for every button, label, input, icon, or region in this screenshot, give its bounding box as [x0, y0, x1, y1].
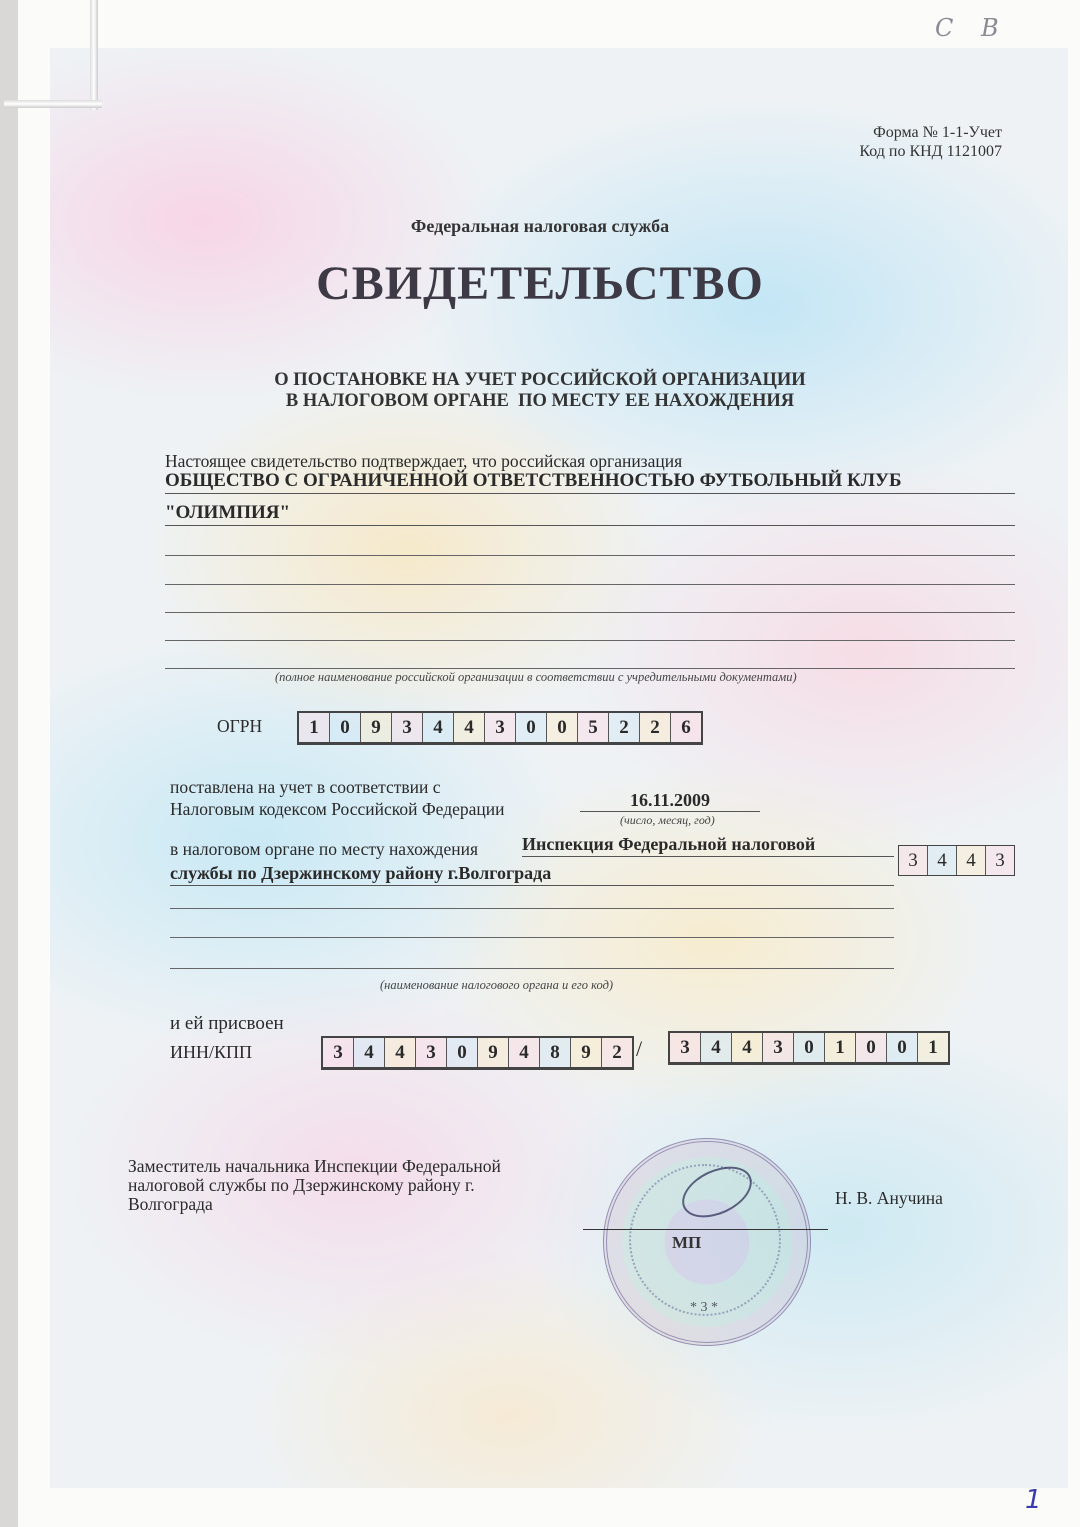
ogrn-digit: 1: [299, 713, 330, 742]
signatory-name: Н. В. Анучина: [835, 1188, 943, 1209]
blank-line: [170, 908, 894, 909]
blank-line: [170, 937, 894, 938]
inn-digit: 4: [385, 1038, 416, 1067]
inn-digit: 0: [447, 1038, 478, 1067]
ogrn-digit: 0: [330, 713, 361, 742]
tax-authority-code: 3443: [898, 845, 1015, 876]
date-caption: (число, месяц, год): [620, 813, 715, 828]
handwritten-initials: С В: [935, 14, 1009, 42]
kpp-digit: 1: [918, 1033, 948, 1062]
position-line-3: Волгограда: [128, 1195, 501, 1214]
ogrn-digit: 4: [423, 713, 454, 742]
blank-line: [165, 612, 1015, 613]
stamp-number: * 3 *: [690, 1300, 718, 1316]
ogrn-digit: 3: [392, 713, 423, 742]
kpp-digit: 3: [670, 1033, 701, 1062]
registration-date: 16.11.2009: [580, 789, 760, 812]
form-number: Форма № 1-1-Учет: [859, 123, 1002, 142]
tax-authority-name-line-1: Инспекция Федеральной налоговой: [522, 832, 894, 857]
blank-line: [165, 668, 1015, 669]
ogrn-digit: 5: [578, 713, 609, 742]
kpp-digit: 0: [856, 1033, 887, 1062]
kpp-digit: 3: [763, 1033, 794, 1062]
blank-line: [165, 584, 1015, 585]
kpp-digit: 4: [701, 1033, 732, 1062]
ogrn-digit: 3: [485, 713, 516, 742]
ogrn-label: ОГРН: [217, 716, 262, 737]
tax-authority-label: в налоговом органе по месту нахождения: [170, 839, 478, 860]
document-subtitle: О ПОСТАНОВКЕ НА УЧЕТ РОССИЙСКОЙ ОРГАНИЗА…: [0, 370, 1080, 412]
inn-digit: 4: [509, 1038, 540, 1067]
inn-digit: 9: [478, 1038, 509, 1067]
binding-cord-horizontal: [4, 100, 102, 108]
tax-authority-name-line-2: службы по Дзержинскому району г.Волгогра…: [170, 861, 894, 886]
kpp-digit: 0: [887, 1033, 918, 1062]
ogrn-digit: 2: [609, 713, 640, 742]
tax-code-digit: 4: [928, 846, 957, 875]
ogrn-digit: 0: [547, 713, 578, 742]
subtitle-line-1: О ПОСТАНОВКЕ НА УЧЕТ РОССИЙСКОЙ ОРГАНИЗА…: [0, 370, 1080, 391]
kpp-digit: 1: [825, 1033, 856, 1062]
tax-authority-caption: (наименование налогового органа и его ко…: [380, 978, 613, 993]
organization-caption: (полное наименование российской организа…: [275, 670, 797, 685]
kpp-digit: 0: [794, 1033, 825, 1062]
agency-name: Федеральная налоговая служба: [0, 216, 1080, 237]
kpp-digit: 4: [732, 1033, 763, 1062]
inn-digit: 3: [323, 1038, 354, 1067]
position-line-2: налоговой службы по Дзержинскому району …: [128, 1176, 501, 1195]
blank-line: [165, 555, 1015, 556]
ogrn-digit: 6: [671, 713, 701, 742]
signature-line: [583, 1229, 828, 1230]
ogrn-digit: 4: [454, 713, 485, 742]
ogrn-digits: 1093443005226: [297, 711, 703, 745]
ogrn-digit: 0: [516, 713, 547, 742]
registration-line-2: Налоговым кодексом Российской Федерации: [170, 799, 505, 820]
registration-line-1: поставлена на учет в соответствии с: [170, 777, 441, 798]
page-number: 1: [1025, 1485, 1042, 1515]
organization-name-line-1: ОБЩЕСТВО С ОГРАНИЧЕННОЙ ОТВЕТСТВЕННОСТЬЮ…: [165, 468, 1015, 494]
ogrn-digit: 2: [640, 713, 671, 742]
ogrn-digit: 9: [361, 713, 392, 742]
tax-code-digit: 4: [957, 846, 986, 875]
organization-name-line-2: "ОЛИМПИЯ": [165, 500, 1015, 526]
assigned-label: и ей присвоен: [170, 1013, 284, 1035]
blank-line: [165, 640, 1015, 641]
signatory-position: Заместитель начальника Инспекции Федерал…: [128, 1157, 501, 1214]
knd-code: Код по КНД 1121007: [859, 142, 1002, 161]
inn-digit: 4: [354, 1038, 385, 1067]
tax-code-digit: 3: [899, 846, 928, 875]
tax-code-digit: 3: [986, 846, 1014, 875]
inn-digit: 8: [540, 1038, 571, 1067]
inn-digit: 9: [571, 1038, 602, 1067]
subtitle-line-2: В НАЛОГОВОМ ОРГАНЕ ПО МЕСТУ ЕЕ НАХОЖДЕНИ…: [0, 391, 1080, 412]
inn-kpp-separator: /: [636, 1036, 642, 1062]
kpp-digits: 344301001: [668, 1031, 950, 1065]
stamp-place-label: МП: [672, 1233, 701, 1253]
inn-digits: 3443094892: [321, 1036, 634, 1070]
position-line-1: Заместитель начальника Инспекции Федерал…: [128, 1157, 501, 1176]
document-title: СВИДЕТЕЛЬСТВО: [0, 256, 1080, 311]
blank-line: [170, 968, 894, 969]
inn-digit: 2: [602, 1038, 632, 1067]
form-identifier: Форма № 1-1-Учет Код по КНД 1121007: [859, 123, 1002, 161]
inn-digit: 3: [416, 1038, 447, 1067]
binding-cord: [90, 0, 98, 110]
inn-kpp-label: ИНН/КПП: [170, 1042, 252, 1063]
